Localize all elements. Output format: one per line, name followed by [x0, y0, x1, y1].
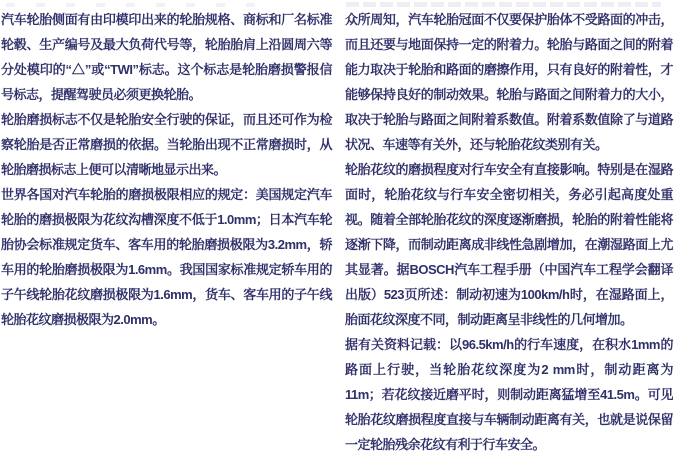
article-column-left: 汽车轮胎侧面有由印模印出来的轮胎规格、商标和厂名标准轮毂、生产编号及最大负荷代号…	[1, 0, 332, 332]
paragraph-tire-markings: 汽车轮胎侧面有由印模印出来的轮胎规格、商标和厂名标准轮毂、生产编号及最大负荷代号…	[1, 7, 332, 107]
paragraph-braking-distance-data: 据有关资料记载：以96.5km/h的行车速度，在积水1mm的路面上行驶，当轮胎花…	[345, 332, 673, 457]
paragraph-wear-limit-standards: 世界各国对汽车轮胎的磨损极限相应的规定：美国规定汽车轮胎的磨损极限为花纹沟槽深度…	[1, 182, 332, 332]
paragraph-wear-indicator-purpose: 轮胎磨损标志不仅是轮胎安全行驶的保证，而且还可作为检察轮胎是否正常磨损的依据。当…	[1, 107, 332, 182]
article-column-right: 众所周知，汽车轮胎冠面不仅要保护胎体不受路面的冲击，而且还要与地面保持一定的附着…	[345, 0, 673, 457]
article-page: 汽车轮胎侧面有由印模印出来的轮胎规格、商标和厂名标准轮毂、生产编号及最大负荷代号…	[0, 0, 675, 465]
paragraph-tread-wear-braking: 轮胎花纹的磨损程度对行车安全有直接影响。特别是在湿路面时，轮胎花纹与行车安全密切…	[345, 157, 673, 332]
paragraph-tire-adhesion: 众所周知，汽车轮胎冠面不仅要保护胎体不受路面的冲击，而且还要与地面保持一定的附着…	[345, 7, 673, 157]
